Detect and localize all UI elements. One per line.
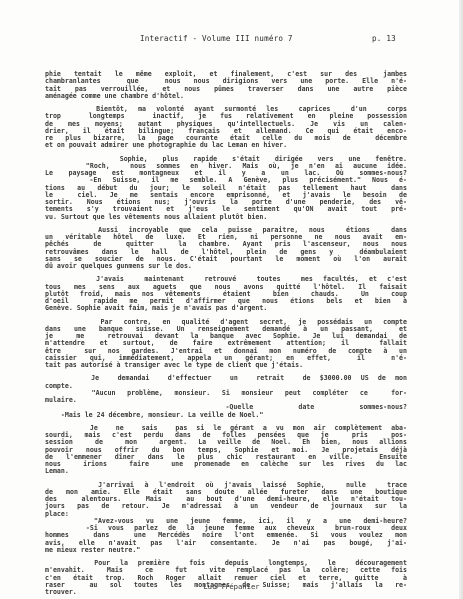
paragraph: phie tentait le même exploit, et finalem… bbox=[45, 71, 407, 100]
text-line: vu. Surtout que les vêtements nous allai… bbox=[45, 214, 407, 221]
text-line: dû avoir quelques gunmens sur le dos. bbox=[45, 263, 407, 270]
paragraph: J'arrivai à l'endroit où j'avais laissé … bbox=[45, 482, 407, 555]
text-line: Je demandai d'effectuer un retrait de $3… bbox=[45, 375, 407, 382]
page-header: Interactif - Volume III numéro 7 p. 13 bbox=[0, 34, 463, 46]
text-line: et on pouvait admirer une photographie d… bbox=[45, 142, 407, 149]
paragraph: Bientôt, ma volonté ayant surmonté les c… bbox=[45, 106, 407, 150]
paragraph: Aussi incroyable que cela puisse paraitr… bbox=[45, 227, 407, 271]
author-signature: Luc Trépanier bbox=[0, 582, 463, 591]
text-line: Genève. Sophie avait faim, mais je n'ava… bbox=[45, 305, 407, 312]
paragraph: Par contre, en qualité d'agent secret, j… bbox=[45, 319, 407, 370]
text-line: aménagée comme une chambre d'hôtel. bbox=[45, 93, 407, 100]
text-line: nous irions faire une promenade en calèc… bbox=[45, 461, 407, 468]
page-edge bbox=[459, 0, 463, 599]
paragraph: J'avais maintenant retrouvé toutes mes f… bbox=[45, 276, 407, 312]
publication-title: Interactif - Volume III numéro 7 bbox=[140, 34, 293, 43]
text-line: tait pas autorisé à transiger avec le ty… bbox=[45, 362, 407, 369]
article-body: phie tentait le même exploit, et finalem… bbox=[45, 71, 407, 599]
paragraph: Je demandai d'effectuer un retrait de $3… bbox=[45, 375, 407, 419]
author-name: Luc Trépanier bbox=[203, 582, 259, 591]
text-line: Leman. bbox=[45, 468, 407, 475]
paragraph: Sophie, plus rapide s'était dirigée vers… bbox=[45, 156, 407, 221]
page-number: p. 13 bbox=[372, 34, 396, 43]
text-line: me mieux rester neutre." bbox=[45, 547, 407, 554]
text-line: "Aucun problème, monsieur. Si monsieur p… bbox=[45, 390, 407, 397]
paragraph: Je ne sais pas si le gérant a vu mon air… bbox=[45, 425, 407, 476]
text-line: -Mais le 24 décembre, monsieur. La veill… bbox=[45, 412, 407, 419]
text-line: jours pas de retour. Je m'adressai à un … bbox=[45, 503, 407, 510]
